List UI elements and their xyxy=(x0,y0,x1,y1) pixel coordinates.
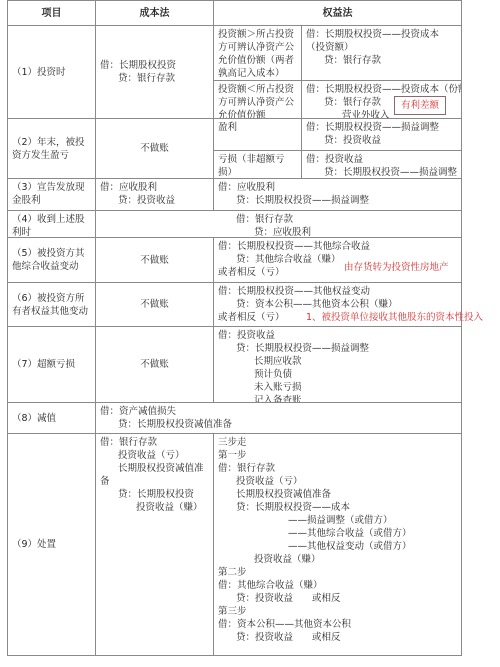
row1-equity-entry-b: 借：长期股权投资——投资成本（份额） 贷：银行存款 营业外收入 有利差额 xyxy=(301,80,462,119)
row5-cost: 不做账 xyxy=(95,237,214,283)
row4-merged: 借：银行存款 贷：应收股利 xyxy=(95,210,462,238)
row1-item-label: （1）投资时 xyxy=(12,66,91,79)
entry-line: 借：其他综合收益（赚） xyxy=(218,579,457,592)
entry-line: 贷：资本公积——其他资本公积（赚） xyxy=(218,298,457,311)
row1-equity-cond-b: 投资额＜所占投资方可辨认净资产公允价值份额 xyxy=(213,80,302,119)
header-item: 项目 xyxy=(7,0,96,26)
row1-equity-entry-a: 借：长期股权投资——投资成本（投资额） 贷：银行存款 xyxy=(301,25,462,81)
row9-item: （9）处置 xyxy=(7,433,96,656)
entry-line: 贷：银行存款 xyxy=(306,54,457,67)
entry-line: 贷：长期股权投资——损益调整 xyxy=(218,194,457,207)
row1-equity-cond-a: 投资额＞所占投资方可辨认净资产公允价值份额（两者孰高记入成本） xyxy=(213,25,302,81)
entry-line: 借：投资收益 xyxy=(218,329,457,342)
row5-item-label: （5）被投资方其他综合收益变动 xyxy=(12,247,91,273)
row3-equity: 借：应收股利 贷：长期股权投资——损益调整 xyxy=(213,178,462,211)
row5-item: （5）被投资方其他综合收益变动 xyxy=(7,237,96,283)
entry-line: 借：长期股权投资 xyxy=(100,59,209,72)
entry-line: 借：长期股权投资——损益调整 xyxy=(306,121,457,134)
entry-line: 贷：长期股权投资——成本 xyxy=(218,501,457,514)
entry-line: 借：投资收益 xyxy=(306,153,457,166)
entry-line: 预计负债 xyxy=(218,368,457,381)
row9-item-label: （9）处置 xyxy=(12,538,91,551)
row8-item: （8）减值 xyxy=(7,402,96,434)
row7-item-label: （7）超额亏损 xyxy=(12,358,91,371)
row3-cost: 借：应收股利 贷：投资收益 xyxy=(95,178,214,211)
row1-cost: 借：长期股权投资 贷：银行存款 xyxy=(95,25,214,119)
row8-item-label: （8）减值 xyxy=(12,412,91,425)
row2-equity-entry-loss: 借：投资收益 贷：长期股权投资——损益调整 xyxy=(301,150,462,179)
annotation-note: 由存货转为投资性房地产 xyxy=(344,261,449,274)
row2-equity-cond-profit: 盈利 xyxy=(213,118,302,151)
header-cost-method: 成本法 xyxy=(95,0,214,26)
entry-line: 投资收益（赚） xyxy=(100,501,209,514)
entry-line: 三步走 xyxy=(218,436,457,449)
row6-item: （6）被投资方所有者权益其他变动 xyxy=(7,282,96,327)
entry-line: 长期股权投资减值准备 xyxy=(218,488,457,501)
row7-item: （7）超额亏损 xyxy=(7,326,96,403)
entry-line: 贷：投资收益 或相反 xyxy=(218,631,457,644)
row6-item-label: （6）被投资方所有者权益其他变动 xyxy=(12,292,91,318)
annotation-note: 1、被投资单位接收其他股东的资本性投入 xyxy=(306,311,483,324)
entry-line: 贷：投资收益 xyxy=(100,194,209,207)
entry-line: 第二步 xyxy=(218,566,457,579)
entry-line: 贷：银行存款 xyxy=(100,72,209,85)
entry-line: 投资收益（亏） xyxy=(100,449,209,462)
accounting-table: 项目 成本法 权益法 （1）投资时 借：长期股权投资 贷：银行存款 投资额＞所占… xyxy=(7,0,462,656)
row2-equity-entry-profit: 借：长期股权投资——损益调整 贷：投资收益 xyxy=(301,118,462,151)
favorable-difference-badge: 有利差额 xyxy=(394,96,446,115)
row9-cost: 借：银行存款 投资收益（亏） 长期股权投资减值准 备 贷：长期股权投资 投资收益… xyxy=(95,433,214,656)
entry-line: 长期股权投资减值准 xyxy=(100,462,209,475)
entry-line: 借：长期股权投资——其他综合收益 xyxy=(218,240,457,253)
entry-line: 借：资本公积——其他资本公积 xyxy=(218,618,457,631)
entry-line: 借：资产减值损失 xyxy=(100,405,457,418)
row2-item: （2）年末，被投资方发生盈亏 xyxy=(7,118,96,179)
entry-line: 贷：长期股权投资减值准备 xyxy=(100,418,457,431)
row4-item: （4）收到上述股利时 xyxy=(7,210,96,238)
entry-line: 借：长期股权投资——其他权益变动 xyxy=(218,285,457,298)
entry-line: 借：银行存款 xyxy=(236,213,457,226)
row2-equity-cond-loss: 亏损（非超额亏损） xyxy=(213,150,302,179)
row1-item: （1）投资时 xyxy=(7,25,96,119)
row3-item: （3）宣告发放现金股利 xyxy=(7,178,96,211)
entry-line: 贷：投资收益 或相反 xyxy=(218,592,457,605)
entry-line: 借：长期股权投资——投资成本（份额） xyxy=(306,83,457,96)
row5-equity: 借：长期股权投资——其他综合收益 贷：其他综合收益（赚） 或者相反（亏） 由存货… xyxy=(213,237,462,283)
row6-equity: 借：长期股权投资——其他权益变动 贷：资本公积——其他资本公积（赚） 或者相反（… xyxy=(213,282,462,327)
entry-line: 投资收益（亏） xyxy=(218,475,457,488)
entry-line: 未入账亏损 xyxy=(218,381,457,394)
row7-equity: 借：投资收益 贷：长期股权投资——损益调整 长期应收款 预计负债 未入账亏损 记… xyxy=(213,326,462,403)
entry-line: 贷：长期股权投资 xyxy=(100,488,209,501)
entry-line: 贷：投资收益 xyxy=(306,134,457,147)
row7-cost: 不做账 xyxy=(95,326,214,403)
entry-line: ——其他综合收益（或借方） xyxy=(218,527,457,540)
row6-cost: 不做账 xyxy=(95,282,214,327)
entry-line: 贷：长期股权投资——损益调整 xyxy=(218,342,457,355)
entry-line: 借：银行存款 xyxy=(100,436,209,449)
entry-line: 长期应收款 xyxy=(218,355,457,368)
entry-line: 借：应收股利 xyxy=(218,181,457,194)
entry-line: ——其他权益变动（或借方） xyxy=(218,540,457,553)
entry-line: 备 xyxy=(100,475,209,488)
entry-line: 投资收益（赚） xyxy=(218,553,457,566)
row9-equity: 三步走 第一步 借：银行存款 投资收益（亏） 长期股权投资减值准备 贷：长期股权… xyxy=(213,433,462,656)
entry-line: 借：银行存款 xyxy=(218,462,457,475)
row8-merged: 借：资产减值损失 贷：长期股权投资减值准备 xyxy=(95,402,462,434)
header-equity-method: 权益法 xyxy=(213,0,462,26)
row2-item-label: （2）年末，被投资方发生盈亏 xyxy=(12,136,91,162)
row2-cost: 不做账 xyxy=(95,118,214,179)
entry-line: 第三步 xyxy=(218,605,457,618)
entry-line: 借：应收股利 xyxy=(100,181,209,194)
entry-line: 第一步 xyxy=(218,449,457,462)
entry-line: 借：长期股权投资——投资成本（投资额） xyxy=(306,28,457,54)
entry-line: ——损益调整（或借方） xyxy=(218,514,457,527)
